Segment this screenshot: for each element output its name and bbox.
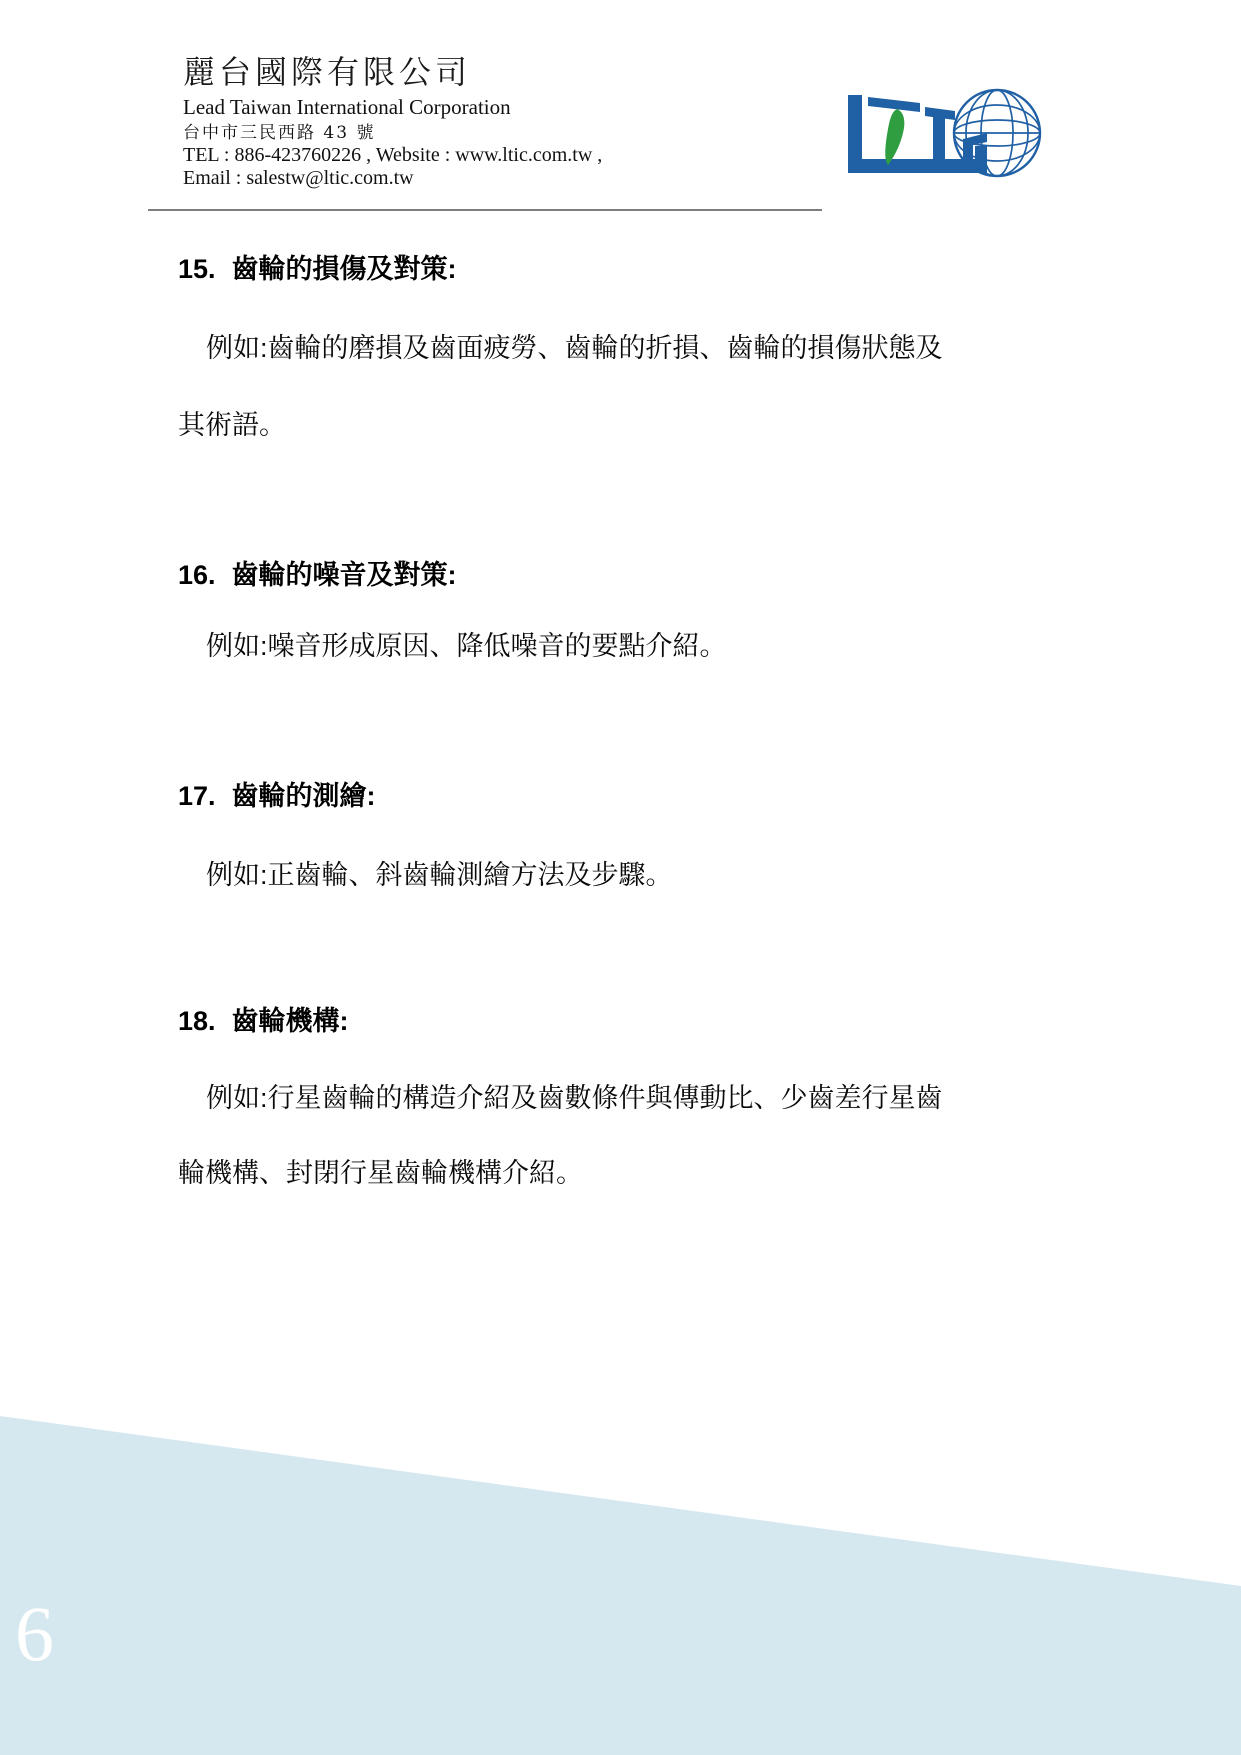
section-17-body-line-1: 例如:正齒輪、斜齒輪測繪方法及步驟。 <box>206 860 673 891</box>
page-number: 6 <box>15 1594 54 1674</box>
section-15-body-line-2: 其術語。 <box>178 410 286 441</box>
section-15-body-line-1: 例如:齒輪的磨損及齒面疲勞、齒輪的折損、齒輪的損傷狀態及 <box>206 333 943 364</box>
section-title: 齒輪的噪音及對策: <box>232 560 457 590</box>
company-name-en: Lead Taiwan International Corporation <box>183 95 602 120</box>
contact-line-1: TEL : 886-423760226 , Website : www.ltic… <box>183 144 602 167</box>
company-logo <box>845 83 1052 183</box>
logo-t1-crossbar <box>868 97 920 112</box>
section-16-heading: 16.齒輪的噪音及對策: <box>178 560 457 591</box>
logo-t2-stem <box>933 113 945 173</box>
section-18-body-line-1: 例如:行星齒輪的構造介紹及齒數條件與傳動比、少齒差行星齒 <box>206 1083 943 1114</box>
taiwan-island-icon <box>885 109 904 165</box>
section-title: 齒輪機構: <box>232 1006 349 1036</box>
section-title: 齒輪的測繪: <box>232 781 376 811</box>
section-number: 17. <box>178 781 216 812</box>
section-18-body-line-2: 輪機構、封閉行星齒輪機構介紹。 <box>178 1158 583 1189</box>
company-address: 台中市三民西路 43 號 <box>183 123 602 144</box>
section-17-heading: 17.齒輪的測繪: <box>178 781 376 812</box>
footer-band-shape <box>0 1416 1241 1755</box>
letterhead: 麗台國際有限公司 Lead Taiwan International Corpo… <box>183 52 602 190</box>
contact-line-2: Email : salestw@ltic.com.tw <box>183 167 602 190</box>
globe-icon <box>954 90 1040 176</box>
section-number: 15. <box>178 254 216 285</box>
header-divider <box>148 209 822 211</box>
section-16-body-line-1: 例如:噪音形成原因、降低噪音的要點介紹。 <box>206 631 727 662</box>
section-18-heading: 18.齒輪機構: <box>178 1006 349 1037</box>
company-name-zh: 麗台國際有限公司 <box>183 52 602 92</box>
document-page: 麗台國際有限公司 Lead Taiwan International Corpo… <box>0 0 1241 1755</box>
section-title: 齒輪的損傷及對策: <box>232 254 457 284</box>
section-number: 16. <box>178 560 216 591</box>
section-15-heading: 15.齒輪的損傷及對策: <box>178 254 457 285</box>
section-number: 18. <box>178 1006 216 1037</box>
